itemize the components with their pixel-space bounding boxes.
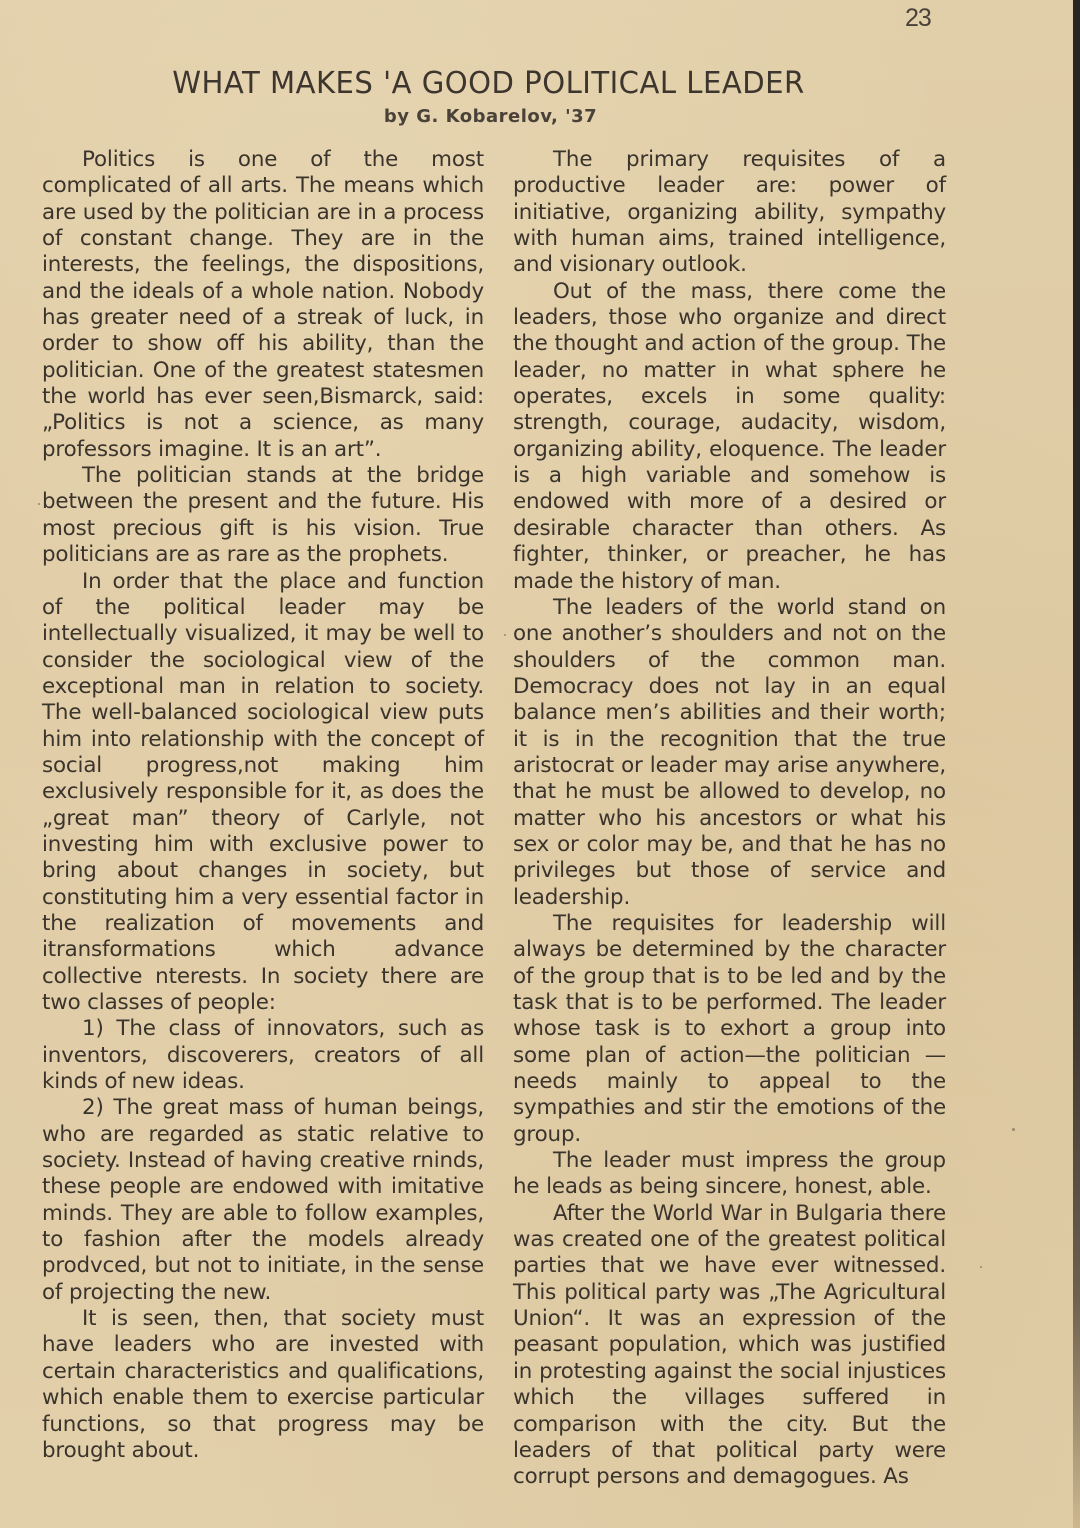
paragraph: In order that the place and function of … [42,569,484,1017]
right-column: The primary requisites of a productive l… [513,147,946,1491]
article-title-text: WHAT MAKES 'A GOOD POLITICAL LEADER [172,66,805,101]
binding-edge [1073,0,1080,1528]
article-title: WHAT MAKES 'A GOOD POLITICAL LEADER [15,66,1056,101]
paper-speck [1012,1128,1015,1131]
paragraph: The leaders of the world stand on one an… [513,595,946,911]
left-column: Politics is one of the most complicated … [42,147,484,1464]
paragraph: The primary requisites of a productive l… [513,147,946,279]
paper-speck [504,634,506,636]
paragraph: It is seen, then, that society must have… [42,1306,484,1464]
paragraph: Out of the mass, there come the leaders,… [513,279,946,595]
paragraph: The leader must impress the group he lea… [513,1148,946,1201]
list-item-mass: 2) The great mass of human beings, who a… [42,1095,484,1306]
paragraph: Politics is one of the most complicated … [42,147,484,463]
page-number: 23 [905,4,931,33]
author-byline-text: by G. Kobarelov, '37 [384,106,597,127]
paragraph: After the World War in Bulgaria there wa… [513,1201,946,1491]
list-item-innovators: 1) The class of innovators, such as inve… [42,1016,484,1095]
paragraph: The politician stands at the bridge betw… [42,463,484,568]
paper-speck [38,503,40,505]
article-byline: by G. Kobarelov, '37 [0,106,1073,127]
paper-speck [980,1266,982,1268]
paragraph: The requisites for leadership will alway… [513,911,946,1148]
magazine-page: 23 WHAT MAKES 'A GOOD POLITICAL LEADER b… [0,0,1073,1528]
